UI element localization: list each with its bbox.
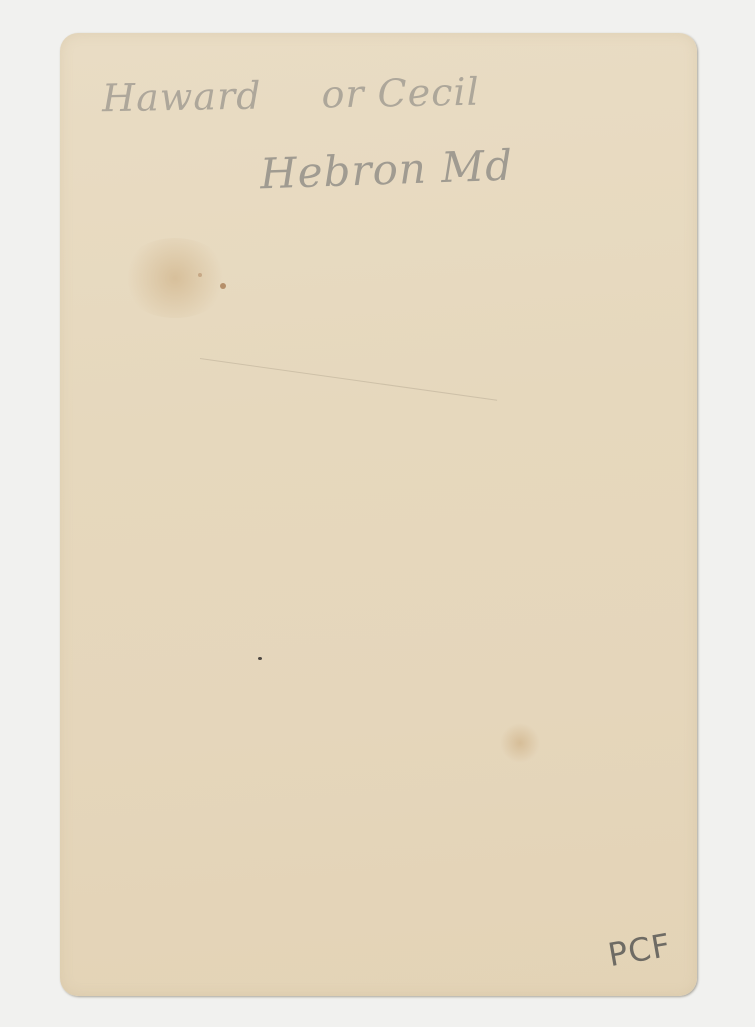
handwritten-name-2: or Cecil bbox=[321, 70, 480, 117]
handwritten-initials: PCF bbox=[605, 926, 674, 974]
surface-scratch bbox=[200, 358, 497, 401]
foxing-stain bbox=[500, 723, 540, 763]
cabinet-card-back: Hawardor Cecil Hebron Md PCF bbox=[60, 33, 697, 996]
handwritten-location: Hebron Md bbox=[259, 141, 514, 199]
foxing-spot bbox=[220, 283, 226, 289]
handwritten-name-1: Haward bbox=[102, 74, 262, 121]
foxing-spot bbox=[258, 657, 262, 660]
handwritten-name-line: Hawardor Cecil bbox=[102, 70, 480, 121]
foxing-spot bbox=[198, 273, 202, 277]
foxing-stain bbox=[120, 238, 230, 318]
